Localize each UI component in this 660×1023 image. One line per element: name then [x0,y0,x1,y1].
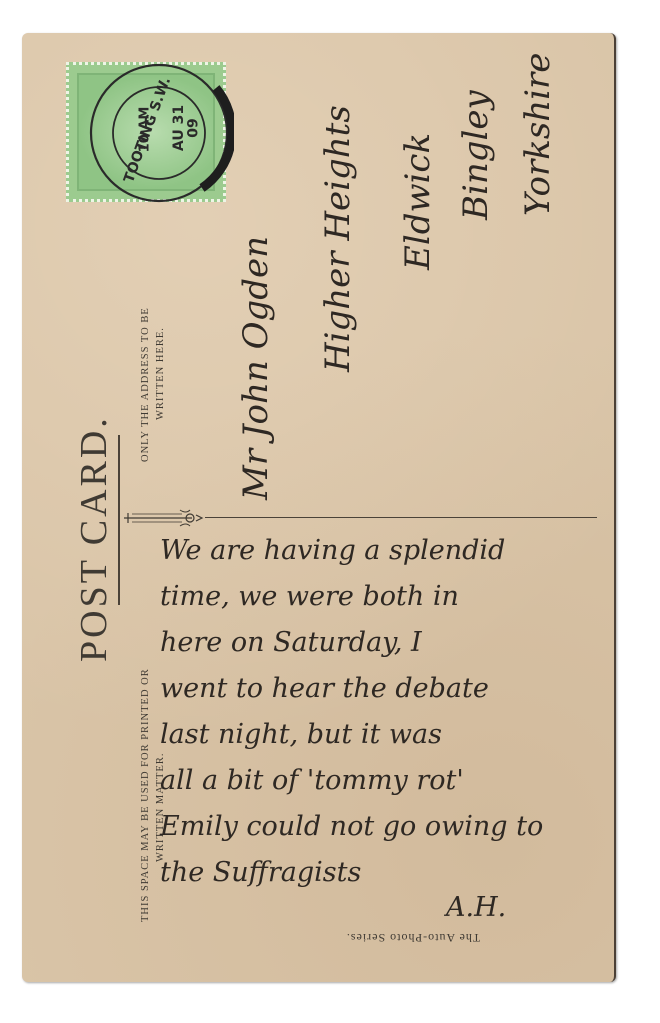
address-line-county: Yorkshire [518,53,558,216]
message-line: Emily could not go owing to [160,804,600,850]
address-line-street: Higher Heights [318,105,358,372]
publisher-imprint: The Auto-Photo Series. [308,930,518,945]
signature: A.H. [446,892,506,923]
message-line: here on Saturday, I [160,620,600,666]
message-line: the Suffragists [160,850,600,896]
title-rule [118,435,120,605]
postmark-year: 09 [186,118,202,137]
message-line: last night, but it was [160,712,600,758]
postmark-date: AU 31 [171,105,187,151]
message-line: went to hear the debate [160,666,600,712]
address-line-village: Eldwick [398,133,438,270]
ornament-divider-icon [122,507,207,529]
address-notice-line1: ONLY THE ADDRESS TO BE [138,307,153,462]
divider-line [205,517,597,518]
address-line-town: Bingley [456,90,496,220]
message-line: all a bit of 'tommy rot' [160,758,600,804]
address-notice-line2: WRITTEN HERE. [153,327,168,420]
message-body: We are having a splendid time, we were b… [160,528,600,896]
address-line-name: Mr John Ogden [236,236,276,500]
postmark-text: TOOTING S.W. 10 AM AU 31 09 [84,58,234,208]
message-notice-line1: THIS SPACE MAY BE USED FOR PRINTED OR [138,668,153,922]
postmark-time: 10 AM [137,107,152,153]
message-line: We are having a splendid [160,528,600,574]
message-line: time, we were both in [160,574,600,620]
post-card-title: POST CARD. [72,415,116,662]
